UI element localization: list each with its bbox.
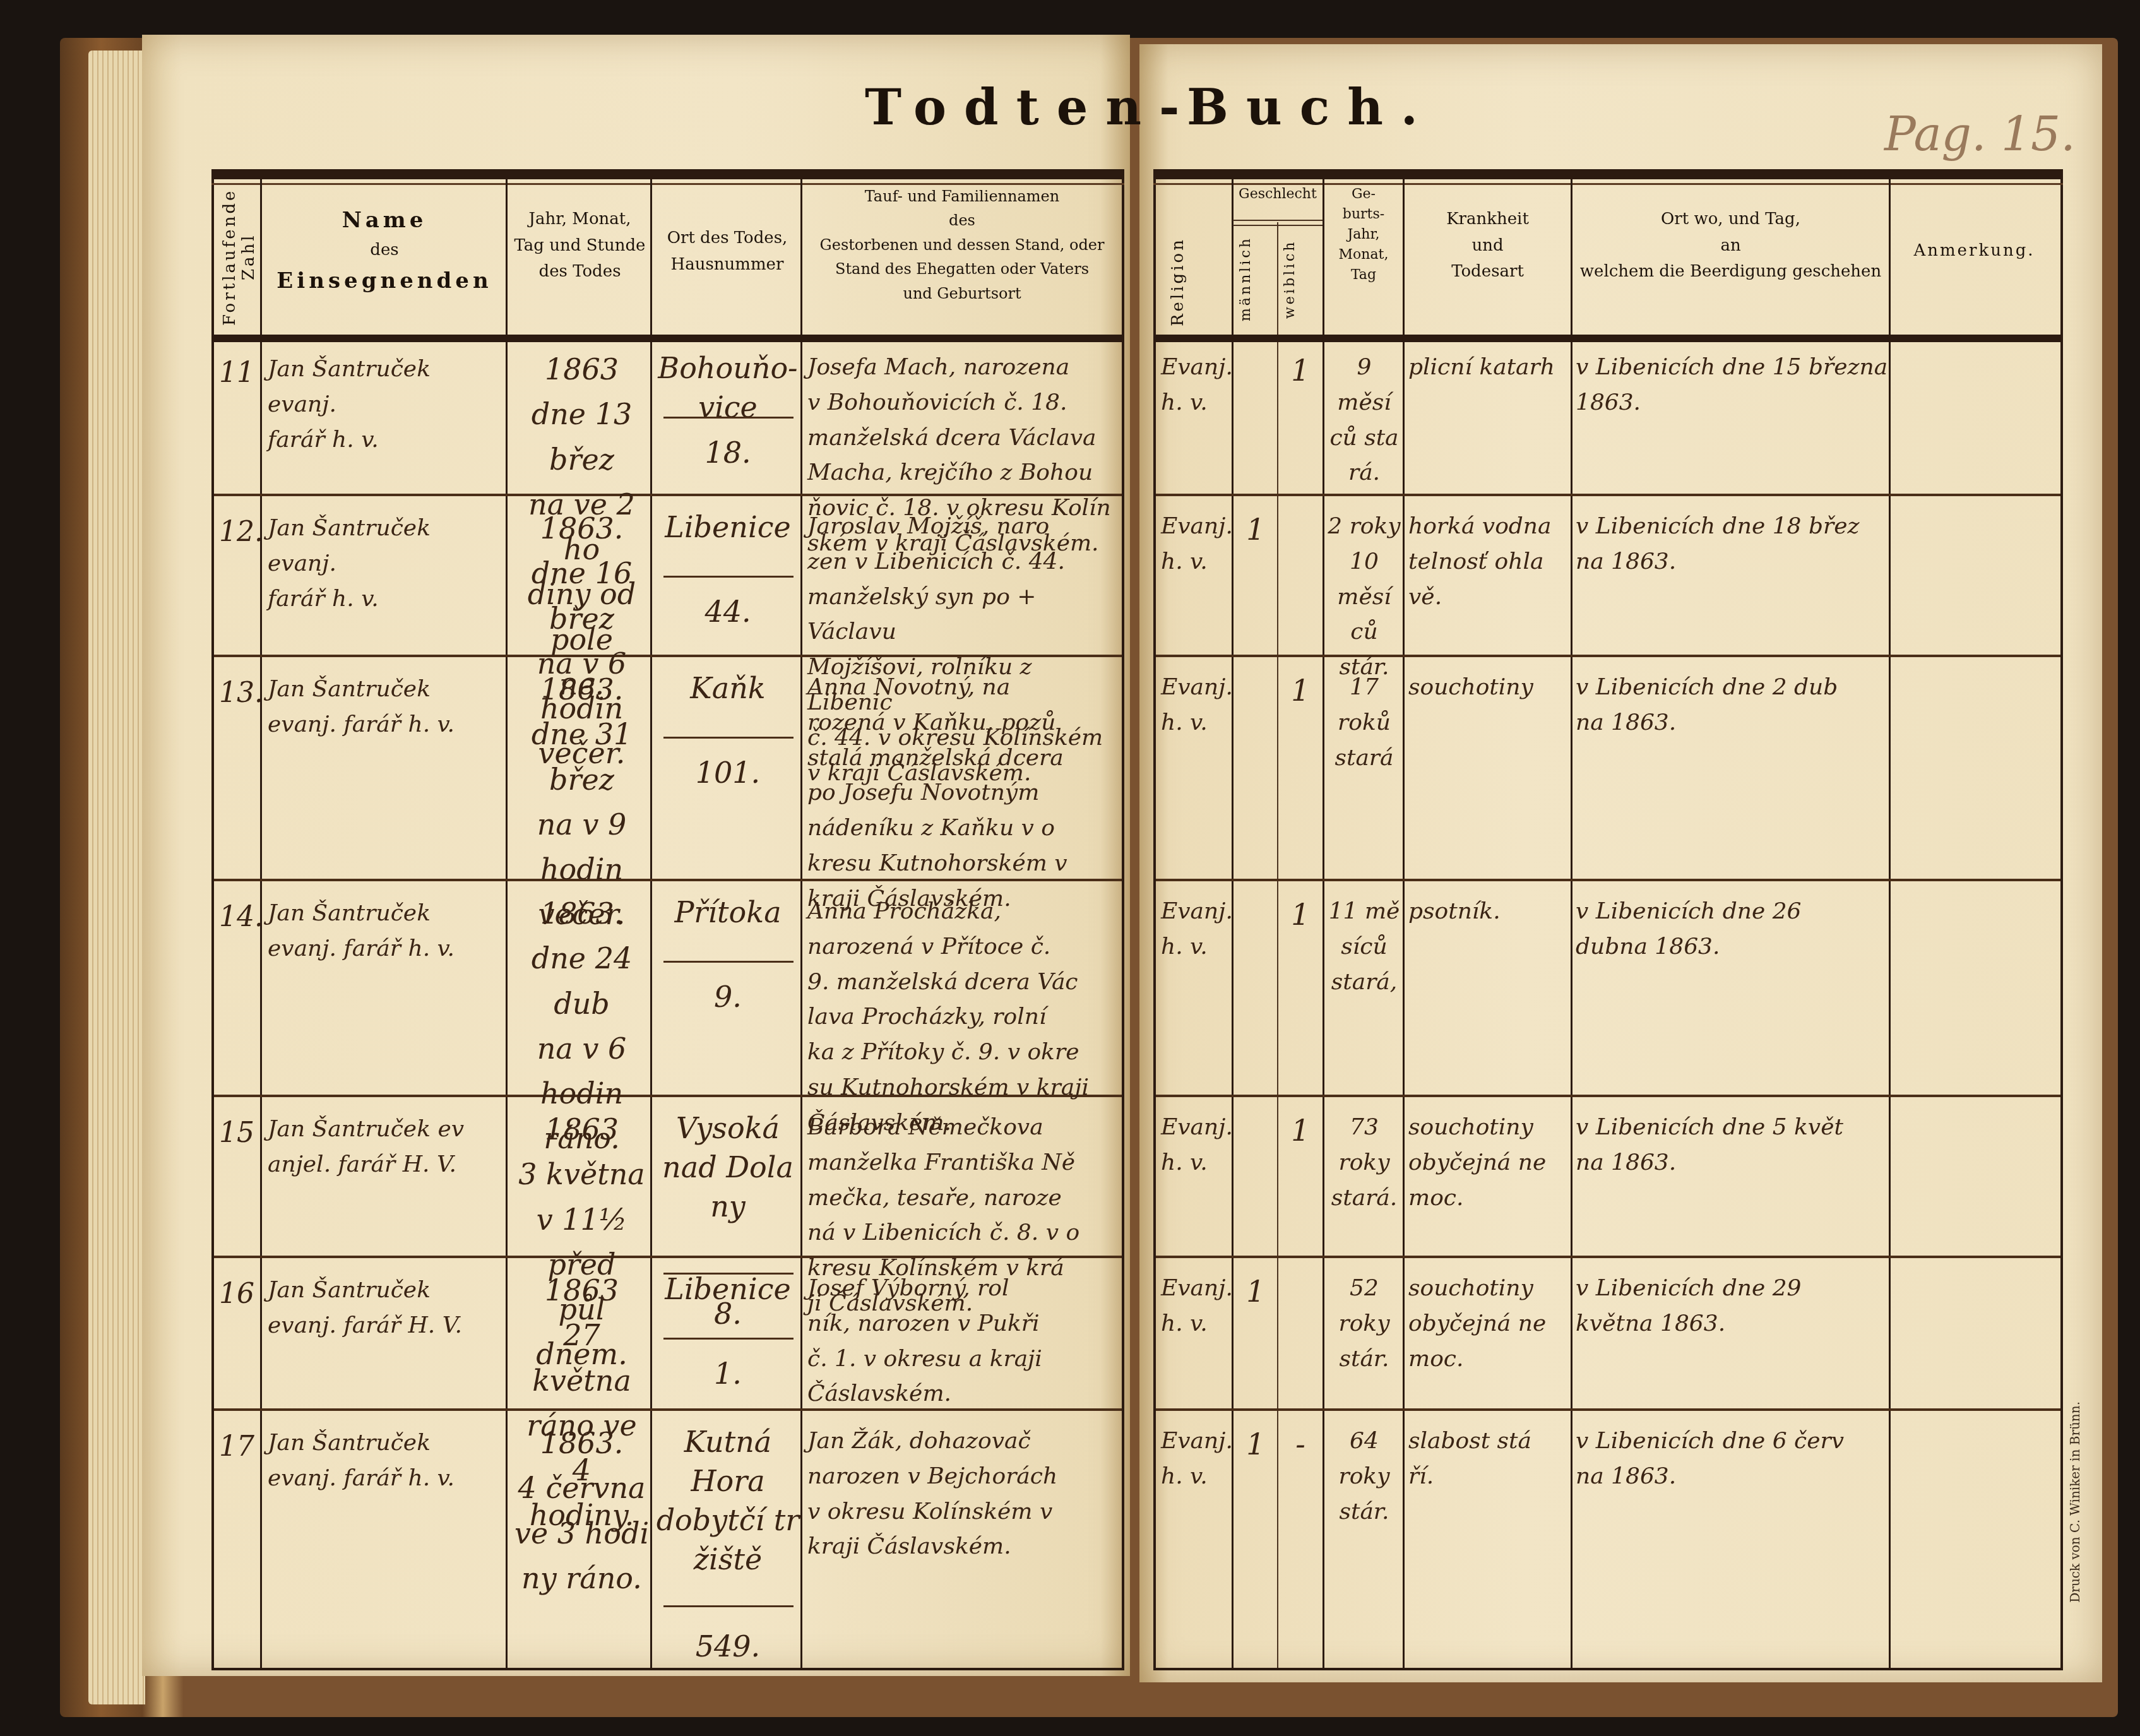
entry-religion: Evanj. h. v. (1161, 1110, 1230, 1180)
header-sequence-number: Fortlaufende Zahl (220, 184, 256, 330)
entry-female: 1 (1280, 1109, 1321, 1153)
entry-place: Kaňk (656, 669, 800, 708)
entry-burial: v Libenicích dne 2 dub na 1863. (1576, 670, 1888, 740)
entry-officiant: Jan Šantruček evanj. farář h. v. (268, 896, 504, 966)
entry-age: 9 měsí ců sta rá. (1326, 350, 1402, 490)
entry-age: 11 mě síců stará, (1326, 894, 1402, 999)
page-edges (88, 51, 145, 1704)
entry-female: 1 (1280, 669, 1321, 713)
entry-number: 16 (219, 1273, 258, 1316)
entry-officiant: Jan Šantruček evanj. farář h. v. (268, 511, 504, 616)
entry-officiant: Jan Šantruček evanj. farář h. v. (268, 672, 504, 742)
entry-cause-of-death: plicní katarh (1408, 350, 1569, 385)
entry-burial: v Libenicích dne 29 května 1863. (1576, 1271, 1888, 1341)
entry-burial: v Libenicích dne 6 červ na 1863. (1576, 1424, 1888, 1494)
place-underline (663, 417, 794, 419)
entry-officiant: Jan Šantruček evanj. farář h. v. (268, 1425, 504, 1496)
entry-place: Kutná Hora dobytčí tr žiště (656, 1422, 800, 1579)
place-underline (663, 1338, 794, 1340)
entry-house-number: 18. (656, 431, 800, 475)
header-deceased: Tauf- und Familiennamen des Gestorbenen … (804, 184, 1120, 306)
page-number: Pag. 15. (1884, 107, 2076, 162)
right-register-table: Religion Geschlecht männlich weiblich Ge… (1153, 169, 2063, 1670)
entry-burial: v Libenicích dne 18 břez na 1863. (1576, 509, 1888, 580)
header-age: Ge- burts- Jahr, Monat, Tag (1324, 184, 1403, 285)
header-male: männlich (1238, 232, 1273, 326)
title-left: Todten- (865, 79, 1197, 136)
entry-cause-of-death: slabost stá ří. (1408, 1424, 1569, 1494)
entry-age: 73 roky stará. (1326, 1110, 1402, 1215)
entry-cause-of-death: souchotiny (1408, 670, 1569, 705)
entry-age: 17 roků stará (1326, 670, 1402, 775)
entry-number: 11 (219, 352, 258, 395)
entry-place: Bohouňo- vice (656, 348, 800, 427)
title-right: Buch. (1187, 79, 1436, 136)
header-date-of-death: Jahr, Monat, Tag und Stunde des Todes (509, 206, 650, 285)
entry-house-number: 1. (656, 1352, 800, 1396)
entry-religion: Evanj. h. v. (1161, 894, 1230, 965)
entry-burial: v Libenicích dne 5 květ na 1863. (1576, 1110, 1888, 1180)
entry-deceased: Josef Výborný, rol ník, narozen v Pukři … (807, 1271, 1120, 1412)
entry-male: 1 (1235, 1269, 1276, 1314)
header-officiant: Name des Einsegnenden (263, 203, 506, 298)
header-religion: Religion (1168, 235, 1219, 330)
entry-deceased: Anna Novotný, na rozená v Kaňku, pozů st… (807, 670, 1120, 917)
header-sex: Geschlecht (1233, 183, 1323, 205)
place-underline (663, 1605, 794, 1607)
entry-cause-of-death: souchotiny obyčejná ne moc. (1408, 1271, 1569, 1376)
entry-age: 52 roky stár. (1326, 1271, 1402, 1376)
entry-house-number: 44. (656, 590, 800, 634)
place-underline (663, 576, 794, 578)
entry-number: 14. (219, 896, 258, 939)
entry-burial: v Libenicích dne 26 dubna 1863. (1576, 894, 1888, 965)
entry-burial: v Libenicích dne 15 března 1863. (1576, 350, 1888, 420)
entry-religion: Evanj. h. v. (1161, 509, 1230, 580)
entry-number: 12. (219, 511, 258, 554)
header-remarks: Anmerkung. (1891, 238, 2058, 265)
entry-officiant: Jan Šantruček evanj. farář H. V. (268, 1273, 504, 1343)
entry-religion: Evanj. h. v. (1161, 350, 1230, 420)
entry-house-number: 101. (656, 751, 800, 795)
entry-place: Libenice (656, 1269, 800, 1309)
entry-age: 2 roky 10 měsí ců stár. (1326, 509, 1402, 685)
entry-date-of-death: 1863. 4 června ve 3 hodi ny ráno. (514, 1421, 650, 1601)
entry-place: Libenice (656, 508, 800, 547)
entry-female: - (1280, 1422, 1321, 1467)
header-cause-of-death: Krankheit und Todesart (1405, 206, 1571, 285)
entry-deceased: Anna Procházka, narozená v Přítoce č. 9.… (807, 894, 1120, 1141)
header-burial: Ort wo, und Tag, an welchem die Beerdigu… (1572, 206, 1889, 285)
entry-number: 13. (219, 672, 258, 715)
entry-male: 1 (1235, 1422, 1276, 1467)
header-female: weiblich (1282, 232, 1317, 326)
entry-house-number: 9. (656, 975, 800, 1020)
entry-number: 17 (219, 1425, 258, 1468)
place-underline (663, 961, 794, 963)
entry-religion: Evanj. h. v. (1161, 670, 1230, 740)
entry-male: 1 (1235, 508, 1276, 552)
entry-religion: Evanj. h. v. (1161, 1424, 1230, 1494)
entry-female: 1 (1280, 893, 1321, 937)
left-register-table: Fortlaufende Zahl Name des Einsegnenden … (211, 169, 1124, 1670)
entry-number: 15 (219, 1112, 258, 1155)
entry-female: 1 (1280, 348, 1321, 393)
entry-cause-of-death: souchotiny obyčejná ne moc. (1408, 1110, 1569, 1215)
entry-house-number: 549. (656, 1624, 800, 1669)
entry-religion: Evanj. h. v. (1161, 1271, 1230, 1341)
entry-age: 64 roky stár. (1326, 1424, 1402, 1529)
entry-officiant: Jan Šantruček ev anjel. farář H. V. (268, 1112, 504, 1182)
header-place-of-death: Ort des Todes, Hausnummer (654, 225, 800, 278)
entry-deceased: Jan Žák, dohazovač narozen v Bejchorách … (807, 1424, 1120, 1564)
entry-place: Vysoká nad Dola ny (656, 1109, 800, 1226)
printer-imprint: Druck von C. Winiker in Brünn. (2067, 1401, 2083, 1603)
entry-officiant: Jan Šantruček evanj. farář h. v. (268, 352, 504, 457)
entry-cause-of-death: horká vodna telnosť ohla vě. (1408, 509, 1569, 614)
entry-place: Přítoka (656, 893, 800, 932)
place-underline (663, 737, 794, 739)
entry-cause-of-death: psotník. (1408, 894, 1569, 929)
